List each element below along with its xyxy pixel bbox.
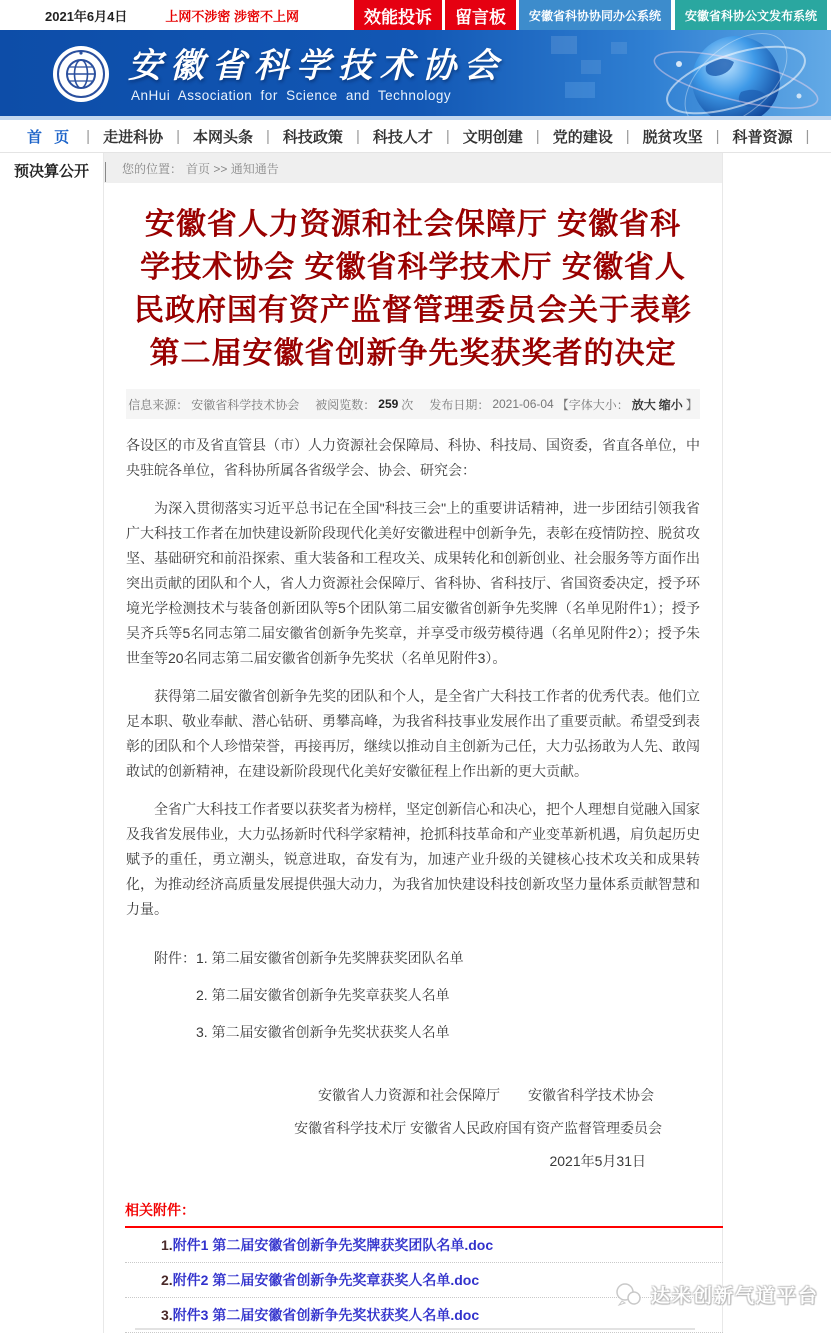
paragraph-addressees: 各设区的市及省直管县（市）人力资源社会保障局、科协、科技局、国资委，省直各单位，… — [126, 433, 700, 483]
nav-item-about[interactable]: 走进科协 — [90, 126, 176, 147]
related-attachments-label: 相关附件： — [125, 1200, 723, 1220]
related-attachment-link-2[interactable]: 附件2 第二届安徽省创新争先奖章获奖人名单.doc — [173, 1270, 479, 1290]
site-banner: 安徽省科学技术协会 AnHui Association for Science … — [0, 30, 831, 120]
sidebar-item-budget-disclosure[interactable]: 预决算公开 — [14, 162, 106, 182]
meta-font-close: 】 — [686, 396, 698, 413]
font-zoom-out-button[interactable]: 缩小 — [659, 396, 683, 413]
asst-logo-icon[interactable] — [52, 45, 110, 103]
signature-line-1: 安徽省人力资源和社会保障厅 安徽省科学技术协会 — [126, 1085, 700, 1105]
meta-views-label: 被阅览数： — [315, 396, 375, 413]
message-board-button[interactable]: 留言板 — [445, 0, 516, 30]
related-attachment-row: 1. 附件1 第二届安徽省创新争先奖牌获奖团队名单.doc — [125, 1228, 723, 1263]
nav-item-headlines[interactable]: 本网头条 — [180, 126, 266, 147]
nav-item-policy[interactable]: 科技政策 — [270, 126, 356, 147]
nav-item-home[interactable]: 首 页 — [14, 126, 86, 147]
related-link-number: 1. — [161, 1237, 173, 1253]
meta-source: 安徽省科学技术协会 — [191, 396, 299, 413]
article-title: 安徽省人力资源和社会保障厅 安徽省科学技术协会 安徽省科学技术厅 安徽省人民政府… — [132, 203, 694, 375]
meta-publish-date: 2021-06-04 — [492, 397, 553, 411]
watermark-text: 达米创新气道平台 — [651, 1281, 819, 1308]
paragraph-call-to-action: 全省广大科技工作者要以获奖者为榜样，坚定创新信心和决心，把个人理想自觉融入国家及… — [126, 797, 700, 922]
nav-item-civilization[interactable]: 文明创建 — [450, 126, 536, 147]
watermark: 达米创新气道平台 — [614, 1281, 819, 1308]
site-subtitle-en: AnHui Association for Science and Techno… — [131, 88, 451, 103]
efficiency-complaint-button[interactable]: 效能投诉 — [354, 0, 442, 30]
breadcrumb-path[interactable]: 首页 >> 通知通告 — [186, 160, 279, 177]
breadcrumb-label: 您的位置： — [122, 160, 182, 177]
document-publish-system-button[interactable]: 安徽省科协公文发布系统 — [675, 0, 827, 30]
related-link-number: 3. — [161, 1307, 173, 1323]
font-zoom-in-button[interactable]: 放大 — [632, 396, 656, 413]
meta-source-label: 信息来源： — [128, 396, 188, 413]
article-body: 各设区的市及省直管县（市）人力资源社会保障局、科协、科技局、国资委，省直各单位，… — [126, 433, 700, 922]
related-attachments-section: 相关附件： 1. 附件1 第二届安徽省创新争先奖牌获奖团队名单.doc 2. 附… — [125, 1200, 723, 1333]
watermark-logo-icon — [614, 1283, 644, 1307]
signatures: 安徽省人力资源和社会保障厅 安徽省科学技术协会 安徽省科学技术厅 安徽省人民政府… — [126, 1085, 700, 1171]
attachments-list: 附件： 1. 第二届安徽省创新争先奖牌获奖团队名单 2. 第二届安徽省创新争先奖… — [126, 946, 700, 1057]
attachment-item-2: 2. 第二届安徽省创新争先奖章获奖人名单 — [196, 983, 464, 1008]
content-area: 预决算公开 您的位置： 首页 >> 通知通告 安徽省人力资源和社会保障厅 安徽省… — [0, 153, 831, 1333]
nav-item-party-building[interactable]: 党的建设 — [540, 126, 626, 147]
article-panel: 您的位置： 首页 >> 通知通告 安徽省人力资源和社会保障厅 安徽省科学技术协会… — [103, 153, 723, 1333]
site-title: 安徽省科学技术协会 — [128, 38, 506, 87]
nav-item-science-resources[interactable]: 科普资源 — [720, 126, 806, 147]
nav-separator: | — [806, 128, 810, 145]
globe-graphic-icon — [551, 30, 831, 120]
related-attachment-link-1[interactable]: 附件1 第二届安徽省创新争先奖牌获奖团队名单.doc — [173, 1235, 493, 1255]
meta-font-open: 【字体大小： — [557, 396, 629, 413]
article-meta-bar: 信息来源： 安徽省科学技术协会 被阅览数： 259 次 发布日期： 2021-0… — [126, 389, 700, 419]
topbar-buttons: 效能投诉 留言板 安徽省科协协同办公系统 安徽省科协公文发布系统 — [354, 0, 831, 30]
attachments-label: 附件： — [154, 946, 196, 1057]
related-attachment-link-3[interactable]: 附件3 第二届安徽省创新争先奖状获奖人名单.doc — [173, 1305, 479, 1325]
breadcrumb: 您的位置： 首页 >> 通知通告 — [104, 153, 722, 183]
signature-date: 2021年5月31日 — [126, 1151, 700, 1171]
related-link-number: 2. — [161, 1272, 173, 1288]
paragraph-commendation: 获得第二届安徽省创新争先奖的团队和个人，是全省广大科技工作者的优秀代表。他们立足… — [126, 684, 700, 784]
main-nav: 首 页 | 走进科协 | 本网头条 | 科技政策 | 科技人才 | 文明创建 |… — [0, 120, 831, 153]
footer-divider — [135, 1328, 695, 1330]
signature-line-2: 安徽省科学技术厅 安徽省人民政府国有资产监督管理委员会 — [126, 1118, 700, 1138]
office-system-button[interactable]: 安徽省科协协同办公系统 — [519, 0, 671, 30]
nav-item-poverty-alleviation[interactable]: 脱贫攻坚 — [630, 126, 716, 147]
meta-views-count: 259 — [378, 397, 398, 411]
article: 安徽省人力资源和社会保障厅 安徽省科学技术协会 安徽省科学技术厅 安徽省人民政府… — [104, 203, 722, 1171]
paragraph-decision: 为深入贯彻落实习近平总书记在全国"科技三会"上的重要讲话精神，进一步团结引领我省… — [126, 496, 700, 671]
meta-date-label: 发布日期： — [429, 396, 489, 413]
attachment-item-1: 1. 第二届安徽省创新争先奖牌获奖团队名单 — [196, 946, 464, 971]
meta-views-unit: 次 — [401, 396, 413, 413]
nav-item-talent[interactable]: 科技人才 — [360, 126, 446, 147]
security-slogan: 上网不涉密 涉密不上网 — [165, 6, 299, 25]
top-utility-bar: 2021年6月4日 上网不涉密 涉密不上网 效能投诉 留言板 安徽省科协协同办公… — [0, 0, 831, 30]
current-date: 2021年6月4日 — [45, 6, 127, 25]
attachment-item-3: 3. 第二届安徽省创新争先奖状获奖人名单 — [196, 1020, 464, 1045]
